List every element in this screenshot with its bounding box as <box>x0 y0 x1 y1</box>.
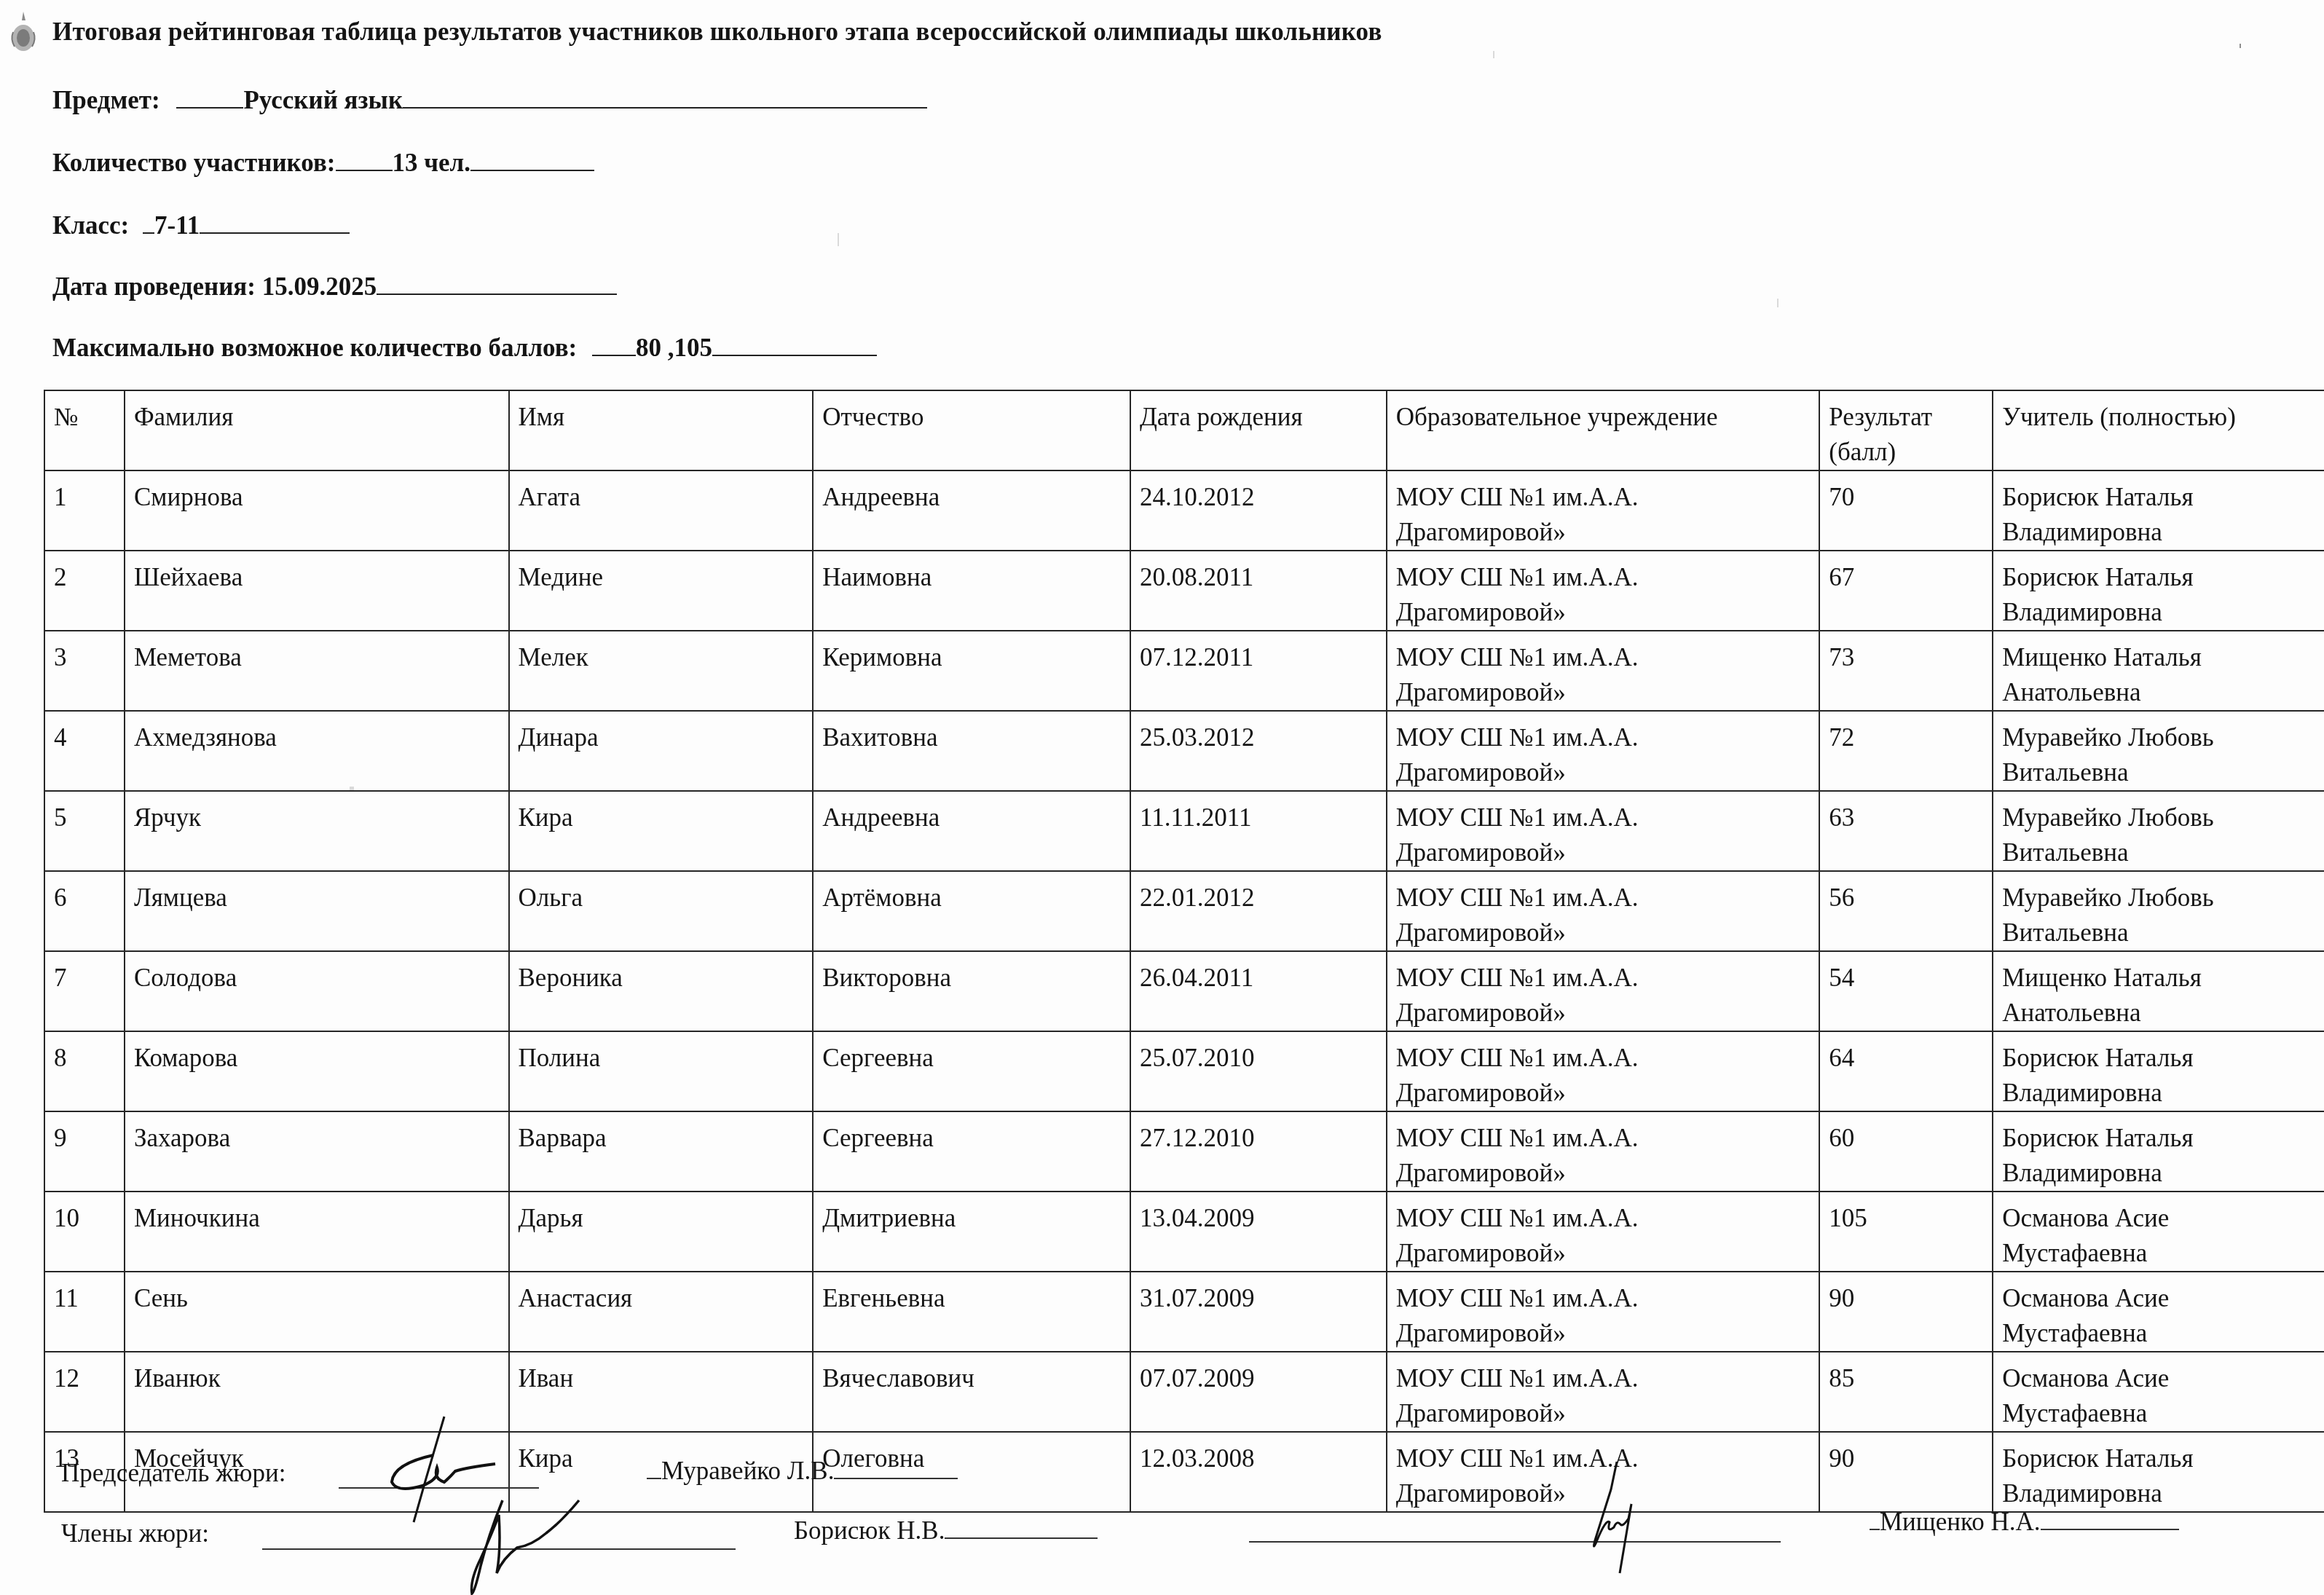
max-score-value: 80 ,105 <box>636 334 712 362</box>
cell-patronymic: Наимовна <box>813 551 1130 631</box>
cell-dob: 25.03.2012 <box>1130 711 1387 791</box>
date-line: Дата проведения: 15.09.2025 <box>52 272 617 302</box>
cell-result: 72 <box>1819 711 1993 791</box>
header-org: Образовательное учреждение <box>1387 390 1820 470</box>
cell-org: МОУ СШ №1 им.А.А. Драгомировой» <box>1387 631 1820 711</box>
class-value: 7-11 <box>154 211 200 240</box>
jury-member-2-name: Мищенко Н.А. <box>1870 1508 2179 1537</box>
cell-surname: Захарова <box>125 1111 509 1192</box>
cell-teacher: Османова Асие Мустафаевна <box>1993 1272 2324 1352</box>
table-row: 10МиночкинаДарьяДмитриевна13.04.2009МОУ … <box>44 1192 2324 1272</box>
cell-org: МОУ СШ №1 им.А.А. Драгомировой» <box>1387 470 1820 551</box>
table-row: 2ШейхаеваМединеНаимовна20.08.2011МОУ СШ … <box>44 551 2324 631</box>
cell-name: Анастасия <box>509 1272 814 1352</box>
blank-underline <box>834 1478 958 1479</box>
cell-org: МОУ СШ №1 им.А.А. Драгомировой» <box>1387 791 1820 871</box>
cell-org: МОУ СШ №1 им.А.А. Драгомировой» <box>1387 1031 1820 1111</box>
subject-line: Предмет: Русский язык <box>52 86 927 115</box>
cell-patronymic: Керимовна <box>813 631 1130 711</box>
cell-result: 90 <box>1819 1432 1993 1512</box>
cell-patronymic: Сергеевна <box>813 1031 1130 1111</box>
cell-org: МОУ СШ №1 им.А.А. Драгомировой» <box>1387 1111 1820 1192</box>
class-label: Класс: <box>52 211 129 240</box>
participants-value: 13 чел. <box>393 149 470 177</box>
participants-label: Количество участников: <box>52 149 336 177</box>
subject-label: Предмет: <box>52 86 160 114</box>
cell-teacher: Борисюк Наталья Владимировна <box>1993 551 2324 631</box>
table-row: 4АхмедзяноваДинараВахитовна25.03.2012МОУ… <box>44 711 2324 791</box>
cell-no: 6 <box>44 871 125 951</box>
scan-speck <box>1777 299 1779 307</box>
cell-result: 90 <box>1819 1272 1993 1352</box>
blank-underline <box>470 167 594 171</box>
max-score-label: Максимально возможное количество баллов: <box>52 334 577 362</box>
blank-underline <box>176 104 243 109</box>
cell-name: Вероника <box>509 951 814 1031</box>
table-row: 7СолодоваВероникаВикторовна26.04.2011МОУ… <box>44 951 2324 1031</box>
blank-underline <box>592 352 636 356</box>
cell-surname: Сень <box>125 1272 509 1352</box>
cell-name: Агата <box>509 470 814 551</box>
cell-surname: Меметова <box>125 631 509 711</box>
table-row: 3МеметоваМелекКеримовна07.12.2011МОУ СШ … <box>44 631 2324 711</box>
cell-surname: Ярчук <box>125 791 509 871</box>
cell-teacher: Османова Асие Мустафаевна <box>1993 1352 2324 1432</box>
signature-member-1 <box>430 1493 597 1595</box>
subject-value: Русский язык <box>243 86 403 114</box>
cell-name: Ольга <box>509 871 814 951</box>
header-patronymic: Отчество <box>813 390 1130 470</box>
cell-name: Кира <box>509 791 814 871</box>
document-title: Итоговая рейтинговая таблица результатов… <box>52 17 1382 47</box>
cell-patronymic: Сергеевна <box>813 1111 1130 1192</box>
cell-surname: Смирнова <box>125 470 509 551</box>
table-body: 1СмирноваАгатаАндреевна24.10.2012МОУ СШ … <box>44 470 2324 1512</box>
cell-no: 1 <box>44 470 125 551</box>
signature-member-2 <box>1566 1460 1682 1577</box>
cell-org: МОУ СШ №1 им.А.А. Драгомировой» <box>1387 1192 1820 1272</box>
cell-name: Иван <box>509 1352 814 1432</box>
cell-result: 85 <box>1819 1352 1993 1432</box>
cell-no: 5 <box>44 791 125 871</box>
cell-name: Полина <box>509 1031 814 1111</box>
table-row: 11СеньАнастасияЕвгеньевна31.07.2009МОУ С… <box>44 1272 2324 1352</box>
blank-underline <box>200 229 350 234</box>
jury-member-1-name: Борисюк Н.В. <box>794 1516 1098 1545</box>
cell-org: МОУ СШ №1 им.А.А. Драгомировой» <box>1387 711 1820 791</box>
cell-surname: Шейхаева <box>125 551 509 631</box>
table-header-row: № Фамилия Имя Отчество Дата рождения Обр… <box>44 390 2324 470</box>
cell-no: 11 <box>44 1272 125 1352</box>
cell-dob: 31.07.2009 <box>1130 1272 1387 1352</box>
blank-underline <box>945 1537 1098 1539</box>
cell-dob: 25.07.2010 <box>1130 1031 1387 1111</box>
date-value: 15.09.2025 <box>262 272 377 301</box>
cell-patronymic: Евгеньевна <box>813 1272 1130 1352</box>
table-row: 8КомароваПолинаСергеевна25.07.2010МОУ СШ… <box>44 1031 2324 1111</box>
cell-teacher: Борисюк Наталья Владимировна <box>1993 1432 2324 1512</box>
jury-chair-label: Председатель жюри: <box>61 1459 285 1488</box>
cell-result: 60 <box>1819 1111 1993 1192</box>
cell-dob: 26.04.2011 <box>1130 951 1387 1031</box>
scan-speck <box>838 233 839 246</box>
cell-no: 4 <box>44 711 125 791</box>
cell-dob: 13.04.2009 <box>1130 1192 1387 1272</box>
cell-org: МОУ СШ №1 им.А.А. Драгомировой» <box>1387 951 1820 1031</box>
jury-members-label: Члены жюри: <box>61 1519 209 1548</box>
table-row: 5ЯрчукКираАндреевна11.11.2011МОУ СШ №1 и… <box>44 791 2324 871</box>
cell-no: 7 <box>44 951 125 1031</box>
cell-no: 12 <box>44 1352 125 1432</box>
blank-underline <box>712 352 877 356</box>
header-name: Имя <box>509 390 814 470</box>
cell-dob: 27.12.2010 <box>1130 1111 1387 1192</box>
cell-patronymic: Вахитовна <box>813 711 1130 791</box>
blank-underline <box>336 167 393 171</box>
cell-result: 73 <box>1819 631 1993 711</box>
table-row: 9ЗахароваВарвараСергеевна27.12.2010МОУ С… <box>44 1111 2324 1192</box>
cell-dob: 22.01.2012 <box>1130 871 1387 951</box>
coat-of-arms-icon <box>9 10 38 55</box>
header-surname: Фамилия <box>125 390 509 470</box>
cell-teacher: Мищенко Наталья Анатольевна <box>1993 631 2324 711</box>
cell-patronymic: Дмитриевна <box>813 1192 1130 1272</box>
cell-teacher: Муравейко Любовь Витальевна <box>1993 711 2324 791</box>
cell-teacher: Борисюк Наталья Владимировна <box>1993 470 2324 551</box>
header-dob: Дата рождения <box>1130 390 1387 470</box>
cell-name: Варвара <box>509 1111 814 1192</box>
blank-underline <box>403 104 927 109</box>
cell-name: Медине <box>509 551 814 631</box>
blank-underline <box>2041 1529 2179 1530</box>
cell-dob: 12.03.2008 <box>1130 1432 1387 1512</box>
cell-patronymic: Артёмовна <box>813 871 1130 951</box>
cell-result: 70 <box>1819 470 1993 551</box>
cell-patronymic: Викторовна <box>813 951 1130 1031</box>
cell-teacher: Муравейко Любовь Витальевна <box>1993 791 2324 871</box>
cell-no: 3 <box>44 631 125 711</box>
cell-dob: 07.07.2009 <box>1130 1352 1387 1432</box>
cell-teacher: Борисюк Наталья Владимировна <box>1993 1031 2324 1111</box>
cell-result: 105 <box>1819 1192 1993 1272</box>
date-label: Дата проведения: <box>52 272 256 301</box>
results-table: № Фамилия Имя Отчество Дата рождения Обр… <box>44 390 2324 1513</box>
scan-speck <box>2240 44 2241 48</box>
jury-chair-name: Муравейко Л.В. <box>647 1457 958 1486</box>
header-result: Результат (балл) <box>1819 390 1993 470</box>
cell-patronymic: Вячеславович <box>813 1352 1130 1432</box>
cell-surname: Миночкина <box>125 1192 509 1272</box>
cell-dob: 24.10.2012 <box>1130 470 1387 551</box>
cell-name: Мелек <box>509 631 814 711</box>
cell-teacher: Муравейко Любовь Витальевна <box>1993 871 2324 951</box>
member-1-name: Борисюк Н.В. <box>794 1516 945 1545</box>
cell-surname: Комарова <box>125 1031 509 1111</box>
cell-name: Динара <box>509 711 814 791</box>
participants-line: Количество участников:13 чел. <box>52 149 594 178</box>
cell-dob: 20.08.2011 <box>1130 551 1387 631</box>
blank-underline <box>377 291 617 295</box>
cell-result: 64 <box>1819 1031 1993 1111</box>
cell-no: 10 <box>44 1192 125 1272</box>
blank-underline <box>1870 1529 1880 1530</box>
scan-speck <box>1493 51 1494 58</box>
cell-org: МОУ СШ №1 им.А.А. Драгомировой» <box>1387 871 1820 951</box>
cell-patronymic: Андреевна <box>813 791 1130 871</box>
header-teacher: Учитель (полностью) <box>1993 390 2324 470</box>
cell-result: 67 <box>1819 551 1993 631</box>
member-signature-line-2 <box>1249 1540 1781 1543</box>
cell-teacher: Борисюк Наталья Владимировна <box>1993 1111 2324 1192</box>
max-score-line: Максимально возможное количество баллов:… <box>52 334 877 363</box>
table-row: 1СмирноваАгатаАндреевна24.10.2012МОУ СШ … <box>44 470 2324 551</box>
cell-no: 8 <box>44 1031 125 1111</box>
cell-dob: 07.12.2011 <box>1130 631 1387 711</box>
cell-teacher: Мищенко Наталья Анатольевна <box>1993 951 2324 1031</box>
cell-teacher: Османова Асие Мустафаевна <box>1993 1192 2324 1272</box>
cell-no: 2 <box>44 551 125 631</box>
cell-surname: Ахмедзянова <box>125 711 509 791</box>
cell-org: МОУ СШ №1 им.А.А. Драгомировой» <box>1387 551 1820 631</box>
cell-surname: Солодова <box>125 951 509 1031</box>
cell-no: 9 <box>44 1111 125 1192</box>
cell-name: Дарья <box>509 1192 814 1272</box>
table-row: 6ЛямцеваОльгаАртёмовна22.01.2012МОУ СШ №… <box>44 871 2324 951</box>
chair-name: Муравейко Л.В. <box>661 1457 834 1485</box>
cell-org: МОУ СШ №1 им.А.А. Драгомировой» <box>1387 1352 1820 1432</box>
cell-result: 56 <box>1819 871 1993 951</box>
scanned-page: Итоговая рейтинговая таблица результатов… <box>0 0 2324 1595</box>
blank-underline <box>143 229 154 234</box>
cell-patronymic: Андреевна <box>813 470 1130 551</box>
cell-result: 54 <box>1819 951 1993 1031</box>
cell-dob: 11.11.2011 <box>1130 791 1387 871</box>
blank-underline <box>647 1478 661 1479</box>
member-2-name: Мищенко Н.А. <box>1880 1508 2041 1536</box>
class-line: Класс: 7-11 <box>52 211 350 240</box>
cell-result: 63 <box>1819 791 1993 871</box>
cell-surname: Лямцева <box>125 871 509 951</box>
header-no: № <box>44 390 125 470</box>
cell-org: МОУ СШ №1 им.А.А. Драгомировой» <box>1387 1272 1820 1352</box>
